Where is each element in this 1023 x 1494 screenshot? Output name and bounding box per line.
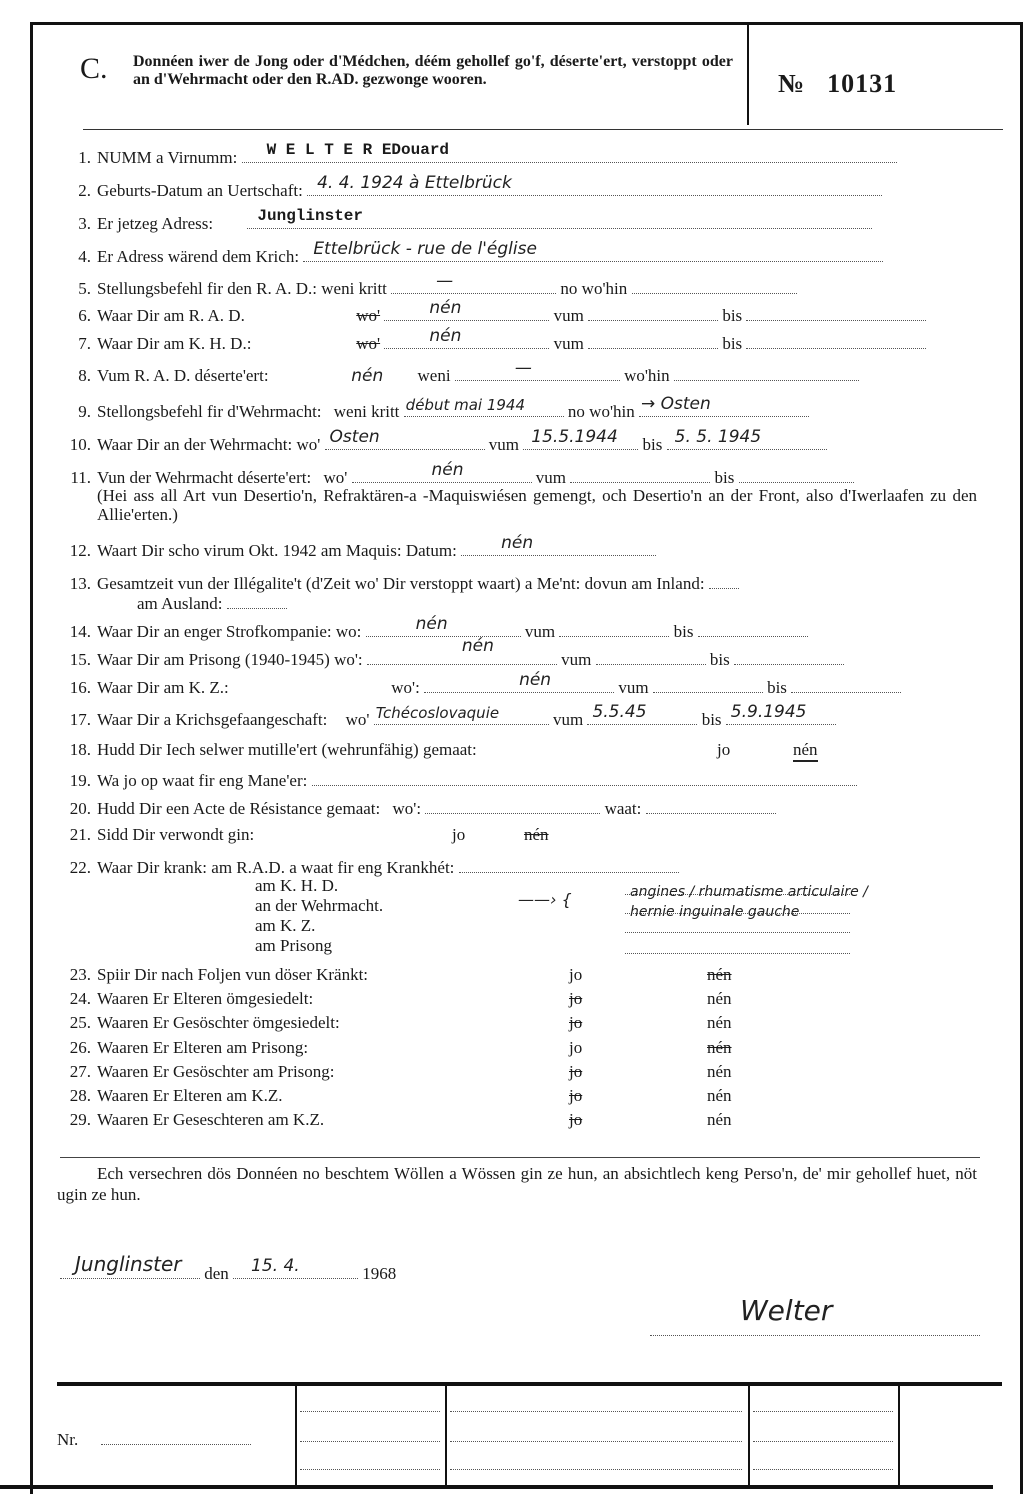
field-label: Waar Dir am K. H. D.: (97, 334, 352, 354)
field-prison: 15.Waar Dir am Prisong (1940-1945) wo': … (57, 648, 844, 670)
field-maquis: 12.Waart Dir scho virum Okt. 1942 am Maq… (57, 539, 656, 561)
field-number: 27. (57, 1062, 91, 1082)
year-label: 1968 (362, 1264, 396, 1283)
field-label: Waar Dir krank: am R.A.D. a waat fir eng… (97, 858, 454, 877)
field-number: 2. (57, 181, 91, 201)
field-number: 25. (57, 1013, 91, 1033)
field-name: 1.NUMM a Virnumm: W E L T E R EDouard (57, 146, 897, 168)
field-label: Spiir Dir nach Foljen vun döser Kränkt: (97, 965, 368, 984)
field-number: 16. (57, 678, 91, 698)
maquis-date-value: nén (501, 533, 533, 553)
field-label: Er Adress wärend dem Krich: (97, 247, 299, 266)
rad-order-when-input[interactable]: — (391, 277, 556, 294)
field-label: Waart Dir scho virum Okt. 1942 am Maquis… (97, 541, 402, 560)
field-number: 3. (57, 214, 91, 234)
field-label: Sidd Dir verwondt gin: (97, 825, 254, 844)
name-input[interactable]: W E L T E R EDouard (242, 146, 897, 163)
field-sublabel: wo': (334, 650, 363, 669)
field-label: Gesamtzeit vun der Illégalite't (d'Zeit … (97, 574, 705, 593)
desertion-from-input[interactable] (570, 466, 710, 483)
header-rule (83, 129, 1003, 130)
pow-from-input[interactable]: 5.5.45 (587, 708, 697, 725)
place-date-line: Junglinster den 15. 4. 1968 (60, 1262, 396, 1284)
penal-from-input[interactable] (559, 620, 669, 637)
field-sublabel: wo' (356, 306, 380, 325)
birth-value: 4. 4. 1924 à Ettelbrück (317, 173, 512, 193)
q24-no-option[interactable]: nén (707, 989, 732, 1009)
field-sublabel: bis (722, 334, 742, 353)
wehrmacht-where-value: Osten (330, 427, 380, 447)
rad-desertion-answer: nén (351, 366, 383, 386)
q27-no-option[interactable]: nén (707, 1062, 732, 1082)
desertion-where-input[interactable]: nén (352, 466, 532, 483)
wehrmacht-order-when-input[interactable]: début mai 1944 (404, 400, 564, 417)
prison-where-value: nén (462, 636, 494, 656)
q29: 29.Waaren Er Geseschteren am K.Z. (57, 1110, 324, 1130)
q26-no-option[interactable]: nén (707, 1038, 732, 1058)
form-number-value: 10131 (827, 69, 897, 98)
field-illegality: 13.Gesamtzeit vun der Illégalite't (d'Ze… (57, 572, 739, 594)
field-label: Vum R. A. D. déserte'ert: (97, 366, 347, 386)
footer-line[interactable] (753, 1440, 893, 1442)
khd-from-input[interactable] (588, 332, 718, 349)
sickness-line (625, 952, 850, 954)
rad-where-input[interactable]: nén (384, 304, 549, 321)
field-illegality-abroad: am Ausland: (137, 592, 287, 614)
footer-bottom-rule (0, 1485, 993, 1489)
field-label: Hudd Dir een Acte de Résistance gemaat: (97, 799, 380, 818)
field-self-mutilation: 18.Hudd Dir Iech selwer mutille'ert (weh… (57, 740, 477, 760)
footer-top-rule (57, 1382, 1002, 1386)
field-number: 15. (57, 650, 91, 670)
rad-to-input[interactable] (746, 304, 926, 321)
q29-no-option[interactable]: nén (707, 1110, 732, 1130)
field-sublabel: weni kritt (334, 402, 400, 421)
field-number: 29. (57, 1110, 91, 1130)
field-label: Waaren Er Gesöschter ömgesiedelt: (97, 1013, 340, 1032)
field-number: 4. (57, 247, 91, 267)
field-birth: 2.Geburts-Datum an Uertschaft: 4. 4. 192… (57, 179, 882, 201)
nr-input[interactable] (101, 1428, 251, 1445)
field-rad-service: 6.Waar Dir am R. A. D. wo' nén vum bis (57, 304, 926, 326)
field-number: 14. (57, 622, 91, 642)
footer-col-divider (898, 1386, 900, 1486)
field-kz: 16.Waar Dir am K. Z.: wo': nén vum bis (57, 676, 901, 698)
abroad-input[interactable] (227, 592, 287, 609)
field-number: 21. (57, 825, 91, 845)
field-label: Waar Dir an enger Strofkompanie: (97, 622, 332, 641)
desertion-where-value: nén (432, 460, 464, 480)
field-label: Geburts-Datum an Uertschaft: (97, 181, 303, 200)
field-sublabel: wo'hin (624, 366, 670, 385)
field-sublabel: vum (489, 435, 519, 454)
field-resistance: 20.Hudd Dir een Acte de Résistance gemaa… (57, 797, 776, 819)
wehrmacht-order-where-value: → Osten (641, 394, 711, 414)
q25: 25.Waaren Er Gesöschter ömgesiedelt: (57, 1013, 340, 1033)
numero-sign: № (778, 69, 805, 98)
field-sublabel: bis (722, 306, 742, 325)
field-label: Hudd Dir Iech selwer mutille'ert (wehrun… (97, 740, 477, 759)
maquis-date-input[interactable]: nén (461, 539, 656, 556)
field-sublabel: vum (554, 306, 584, 325)
field-number: 13. (57, 574, 91, 594)
field-label: Waaren Er Elteren am K.Z. (97, 1086, 283, 1105)
field-label: Vun der Wehrmacht déserte'ert: (97, 468, 311, 487)
resistance-what-input[interactable] (646, 797, 776, 814)
pow-from-value: 5.5.45 (592, 702, 646, 722)
field-sublabel: weni kritt (321, 279, 387, 298)
date-input[interactable]: 15. 4. (233, 1262, 358, 1279)
current-address-value: Junglinster (257, 207, 363, 225)
field-number: 18. (57, 740, 91, 760)
footer-col-divider (445, 1386, 447, 1486)
pow-to-input[interactable]: 5.9.1945 (726, 708, 836, 725)
field-wehrmacht-service: 10.Waar Dir an der Wehrmacht: wo' Osten … (57, 433, 827, 455)
sub-wehrmacht: an der Wehrmacht. (255, 896, 383, 916)
kz-to-input[interactable] (791, 676, 901, 693)
field-label: Waar Dir am R. A. D. (97, 306, 352, 326)
penal-to-input[interactable] (698, 620, 808, 637)
field-sublabel: bis (674, 622, 694, 641)
field-label: Waar Dir am Prisong (1940-1945) (97, 650, 330, 669)
field-number: 7. (57, 334, 91, 354)
field-wounded: 21.Sidd Dir verwondt gin: (57, 825, 254, 845)
field-label: Waaren Er Elteren am Prisong: (97, 1038, 308, 1057)
field-number: 9. (57, 402, 91, 422)
form-header: C. Donnéen iwer de Jong oder d'Médchen, … (33, 25, 1023, 128)
q21-yes-option[interactable]: jo (452, 825, 465, 845)
field-number: 19. (57, 771, 91, 791)
desertion-to-input[interactable] (739, 466, 854, 483)
header-divider (747, 25, 749, 125)
footer-nr: Nr. (57, 1428, 251, 1450)
field-pow: 17.Waar Dir a Krichsgefaangeschaft: wo' … (57, 708, 836, 730)
q28-no-option[interactable]: nén (707, 1086, 732, 1106)
birth-input[interactable]: 4. 4. 1924 à Ettelbrück (307, 179, 882, 196)
form-number: №10131 (778, 69, 897, 99)
footer-col-divider (295, 1386, 297, 1486)
field-sublabel: bis (643, 435, 663, 454)
rad-desertion-when-input[interactable]: — (455, 364, 620, 381)
field-wehrmacht-desertion: 11.Vun der Wehrmacht déserte'ert: wo' né… (57, 466, 854, 488)
field-number: 20. (57, 799, 91, 819)
wehrmacht-from-value: 15.5.1944 (531, 427, 618, 447)
kz-where-value: nén (519, 670, 551, 690)
wehrmacht-where-input[interactable]: Osten (325, 433, 485, 450)
q25-no-option[interactable]: nén (707, 1013, 732, 1033)
rad-desertion-when-value: — (515, 358, 532, 378)
wehrmacht-from-input[interactable]: 15.5.1944 (523, 433, 638, 450)
q23: 23.Spiir Dir nach Foljen vun döser Kränk… (57, 965, 368, 985)
field-number: 5. (57, 279, 91, 299)
q27: 27.Waaren Er Gesöschter am Prisong: (57, 1062, 335, 1082)
footer-line[interactable] (450, 1410, 742, 1412)
rad-desertion-where-input[interactable] (674, 364, 859, 381)
q18-no-option[interactable]: nén (793, 740, 818, 762)
field-sublabel: no wo'hin (568, 402, 635, 421)
field-sublabel: wo' (356, 334, 380, 353)
q23-no-option[interactable]: nén (707, 965, 732, 985)
prison-from-input[interactable] (596, 648, 706, 665)
q28: 28.Waaren Er Elteren am K.Z. (57, 1086, 283, 1106)
field-number: 23. (57, 965, 91, 985)
sickness-rad-input[interactable] (459, 856, 679, 873)
q27-yes-option[interactable]: jo (569, 1062, 582, 1082)
field-wehrmacht-order: 9.Stellongsbefehl fir d'Wehrmacht: weni … (57, 400, 809, 422)
field-label: Waaren Er Elteren ömgesiedelt: (97, 989, 313, 1008)
q28-yes-option[interactable]: jo (569, 1086, 582, 1106)
field-sublabel: wo' (323, 468, 347, 487)
field-sublabel: wo': (391, 678, 420, 697)
kz-from-input[interactable] (653, 676, 763, 693)
field-khd-service: 7.Waar Dir am K. H. D.: wo' nén vum bis (57, 332, 926, 354)
q25-yes-option[interactable]: jo (569, 1013, 582, 1033)
field-sublabel: waat: (605, 799, 642, 818)
field-number: 12. (57, 541, 91, 561)
desertion-note: (Hei ass all Art vun Desertio'n, Refrakt… (97, 486, 977, 524)
pow-where-value: Tchécoslovaquie (376, 704, 499, 722)
rad-order-when-value: — (436, 271, 453, 291)
field-mutilation-how: 19.Wa jo op waat fir eng Mane'er: (57, 769, 857, 791)
date-value: 15. 4. (251, 1256, 300, 1276)
section-divider (60, 1157, 980, 1158)
field-label: Waaren Er Geseschteren am K.Z. (97, 1110, 324, 1129)
wehrmacht-to-value: 5. 5. 1945 (675, 427, 762, 447)
field-number: 22. (57, 858, 91, 878)
field-number: 11. (57, 468, 91, 488)
field-sickness: 22.Waar Dir krank: am R.A.D. a waat fir … (57, 856, 679, 878)
prison-where-input[interactable]: nén (367, 648, 557, 665)
resistance-where-input[interactable] (425, 797, 600, 814)
field-sublabel: vum (536, 468, 566, 487)
sub-kz: am K. Z. (255, 916, 383, 936)
inland-input[interactable] (709, 572, 739, 589)
war-address-input[interactable]: Ettelbrück - rue de l'église (303, 245, 883, 262)
q21-no-option[interactable]: nén (524, 825, 549, 845)
signature-value: Welter (740, 1294, 832, 1327)
field-label: Waaren Er Gesöschter am Prisong: (97, 1062, 335, 1081)
field-label: NUMM a Virnumm: (97, 148, 237, 167)
field-sublabel: vum (525, 622, 555, 641)
q26-yes-option[interactable]: jo (569, 1038, 582, 1058)
field-sublabel: wo' (296, 435, 320, 454)
field-label: Wa jo op waat fir eng Mane'er: (97, 771, 307, 790)
field-number: 8. (57, 366, 91, 386)
footer-line[interactable] (753, 1468, 893, 1470)
footer-line[interactable] (450, 1468, 742, 1470)
field-label: Stellongsbefehl fir d'Wehrmacht: (97, 402, 322, 421)
wehrmacht-to-input[interactable]: 5. 5. 1945 (667, 433, 827, 450)
rad-from-input[interactable] (588, 304, 718, 321)
name-value: W E L T E R EDouard (267, 141, 449, 159)
q29-yes-option[interactable]: jo (569, 1110, 582, 1130)
field-sublabel: wo' (346, 710, 370, 729)
pow-where-input[interactable]: Tchécoslovaquie (374, 708, 549, 725)
footer-line[interactable] (450, 1440, 742, 1442)
field-label: Waar Dir am K. Z.: (97, 678, 387, 698)
field-sublabel: bis (702, 710, 722, 729)
sickness-sublabels: am K. H. D. an der Wehrmacht. am K. Z. a… (255, 876, 383, 956)
section-title: Donnéen iwer de Jong oder d'Médchen, déé… (133, 53, 733, 89)
sub-prison: am Prisong (255, 936, 383, 956)
sickness-value-1[interactable]: angines / rhumatisme articulaire / (630, 884, 868, 900)
field-sublabel: wo': (392, 799, 421, 818)
footer-line[interactable] (300, 1410, 440, 1412)
place-value: Junglinster (75, 1252, 182, 1276)
field-number: 24. (57, 989, 91, 1009)
khd-to-input[interactable] (746, 332, 926, 349)
field-sublabel: bis (715, 468, 735, 487)
sickness-value-2[interactable]: hernie inguinale gauche (630, 904, 799, 920)
den-label: den (204, 1264, 229, 1283)
field-label: Waar Dir a Krichsgefaangeschaft: (97, 710, 327, 729)
field-number: 26. (57, 1038, 91, 1058)
field-label: Er jetzeg Adress: (97, 214, 213, 233)
field-penal-company: 14.Waar Dir an enger Strofkompanie: wo: … (57, 620, 808, 642)
rad-where-value: nén (429, 298, 461, 318)
field-number: 17. (57, 710, 91, 730)
q23-yes-option[interactable]: jo (569, 965, 582, 985)
field-sublabel: no wo'hin (560, 279, 627, 298)
field-sublabel: am Ausland: (137, 594, 222, 613)
place-input[interactable]: Junglinster (60, 1262, 200, 1279)
q26: 26.Waaren Er Elteren am Prisong: (57, 1038, 308, 1058)
field-war-address: 4.Er Adress wärend dem Krich: Ettelbrück… (57, 245, 883, 267)
section-letter: C. (80, 52, 108, 86)
field-sublabel: vum (554, 334, 584, 353)
field-sublabel: vum (553, 710, 583, 729)
kz-where-input[interactable]: nén (424, 676, 614, 693)
nr-label: Nr. (57, 1430, 78, 1449)
field-current-address: 3.Er jetzeg Adress: Junglinster (57, 212, 872, 234)
penal-where-value: nén (416, 614, 448, 634)
q24-yes-option[interactable]: jo (569, 989, 582, 1009)
field-sublabel: bis (710, 650, 730, 669)
field-number: 10. (57, 435, 91, 455)
q18-yes-option[interactable]: jo (717, 740, 730, 760)
sub-khd: am K. H. D. (255, 876, 383, 896)
rad-order-where-input[interactable] (632, 277, 797, 294)
khd-where-input[interactable]: nén (384, 332, 549, 349)
field-sublabel: Datum: (406, 541, 457, 560)
footer-col-divider (748, 1386, 750, 1486)
q24: 24.Waaren Er Elteren ömgesiedelt: (57, 989, 313, 1009)
field-label: Stellungsbefehl fir den R. A. D.: (97, 279, 317, 298)
field-sublabel: bis (767, 678, 787, 697)
sickness-line (625, 931, 850, 933)
field-label: Waar Dir an der Wehrmacht: (97, 435, 292, 454)
prison-to-input[interactable] (734, 648, 844, 665)
field-sublabel: vum (561, 650, 591, 669)
pow-to-value: 5.9.1945 (731, 702, 807, 722)
war-address-value: Ettelbrück - rue de l'église (313, 239, 537, 259)
wehrmacht-order-when-value: début mai 1944 (406, 396, 525, 414)
field-sublabel: vum (618, 678, 648, 697)
field-number: 6. (57, 306, 91, 326)
footer-line[interactable] (300, 1468, 440, 1470)
mutilation-how-input[interactable] (312, 769, 857, 786)
field-number: 1. (57, 148, 91, 168)
field-rad-order: 5.Stellungsbefehl fir den R. A. D.: weni… (57, 277, 797, 299)
footer-line[interactable] (300, 1440, 440, 1442)
signature-field[interactable]: Welter (650, 1285, 980, 1336)
declaration-text: Ech versechren dös Donnéen no beschtem W… (57, 1163, 977, 1205)
field-number: 28. (57, 1086, 91, 1106)
field-sublabel: weni (418, 366, 451, 385)
footer-line[interactable] (753, 1410, 893, 1412)
wehrmacht-order-where-input[interactable]: → Osten (639, 400, 809, 417)
field-sublabel: wo: (336, 622, 362, 641)
khd-where-value: nén (429, 326, 461, 346)
field-rad-desertion: 8.Vum R. A. D. déserte'ert: nén weni — w… (57, 364, 859, 386)
current-address-input[interactable]: Junglinster (247, 212, 872, 229)
penal-where-input[interactable]: nén (366, 620, 521, 637)
